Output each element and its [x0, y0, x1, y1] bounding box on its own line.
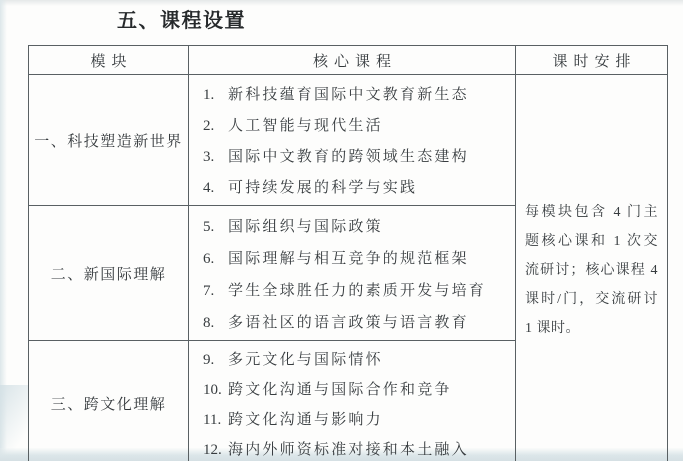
schedule-note-line: 1 课时。 — [525, 314, 658, 343]
course-title: 可持续发展的科学与实践 — [228, 176, 417, 197]
course-number: 4. — [203, 180, 228, 197]
section-title: 五、课程设置 — [117, 8, 246, 34]
course-number: 8. — [203, 315, 228, 332]
course-title: 学生全球胜任力的素质开发与培育 — [228, 279, 486, 300]
course-setup-table: 模块 核心课程 课时安排 一、科技塑造新世界 1. 新科技蕴育国际中文教育新生态… — [28, 45, 668, 461]
schedule-note-cell: 每模块包含 4 门主 题核心课和 1 次交 流研讨；核心课程 4 课时/门，交流… — [516, 75, 668, 461]
header-core-courses: 核心课程 — [189, 46, 516, 75]
course-item: 12. 海内外师资标准对接和本土融入 — [203, 438, 509, 459]
schedule-note-line: 每模块包含 4 门主 — [525, 198, 658, 227]
course-item: 3. 国际中文教育的跨领域生态建构 — [203, 145, 509, 166]
course-item: 4. 可持续发展的科学与实践 — [203, 176, 509, 197]
course-title: 国际理解与相互竞争的规范框架 — [228, 247, 469, 268]
course-title: 新科技蕴育国际中文教育新生态 — [228, 83, 469, 104]
course-title: 国际组织与国际政策 — [228, 215, 383, 236]
course-item: 11. 跨文化沟通与影响力 — [203, 408, 509, 429]
table-row-module-1: 一、科技塑造新世界 1. 新科技蕴育国际中文教育新生态 2. 人工智能与现代生活… — [29, 75, 668, 206]
course-number: 5. — [203, 219, 228, 236]
header-schedule: 课时安排 — [516, 46, 668, 75]
header-module: 模块 — [29, 46, 189, 75]
course-item: 9. 多元文化与国际情怀 — [203, 348, 509, 369]
course-number: 1. — [203, 87, 228, 104]
schedule-note-line: 题核心课和 1 次交 — [525, 227, 658, 256]
course-title: 跨文化沟通与影响力 — [228, 408, 383, 429]
module-2-courses: 5. 国际组织与国际政策 6. 国际理解与相互竞争的规范框架 7. 学生全球胜任… — [189, 206, 516, 341]
course-number: 6. — [203, 251, 228, 268]
course-list: 5. 国际组织与国际政策 6. 国际理解与相互竞争的规范框架 7. 学生全球胜任… — [203, 209, 509, 337]
table-header-row: 模块 核心课程 课时安排 — [29, 46, 668, 75]
course-title: 人工智能与现代生活 — [228, 114, 383, 135]
schedule-note-line: 课时/门，交流研讨 — [525, 285, 658, 314]
course-number: 7. — [203, 283, 228, 300]
course-number: 2. — [203, 118, 228, 135]
module-3-label: 三、跨文化理解 — [29, 341, 189, 461]
course-item: 10. 跨文化沟通与国际合作和竞争 — [203, 378, 509, 399]
course-number: 11. — [203, 412, 228, 429]
course-item: 6. 国际理解与相互竞争的规范框架 — [203, 247, 509, 268]
course-item: 1. 新科技蕴育国际中文教育新生态 — [203, 83, 509, 104]
course-number: 10. — [203, 382, 228, 399]
module-2-label: 二、新国际理解 — [29, 206, 189, 341]
module-1-courses: 1. 新科技蕴育国际中文教育新生态 2. 人工智能与现代生活 3. 国际中文教育… — [189, 75, 516, 206]
course-list: 9. 多元文化与国际情怀 10. 跨文化沟通与国际合作和竞争 11. 跨文化沟通… — [203, 344, 509, 461]
course-title: 国际中文教育的跨领域生态建构 — [228, 145, 469, 166]
course-title: 多语社区的语言政策与语言教育 — [228, 311, 469, 332]
course-number: 12. — [203, 442, 228, 459]
course-title: 海内外师资标准对接和本土融入 — [228, 438, 469, 459]
course-number: 9. — [203, 352, 228, 369]
module-1-label: 一、科技塑造新世界 — [29, 75, 189, 206]
course-list: 1. 新科技蕴育国际中文教育新生态 2. 人工智能与现代生活 3. 国际中文教育… — [203, 78, 509, 202]
course-item: 2. 人工智能与现代生活 — [203, 114, 509, 135]
course-item: 8. 多语社区的语言政策与语言教育 — [203, 311, 509, 332]
course-item: 5. 国际组织与国际政策 — [203, 215, 509, 236]
course-item: 7. 学生全球胜任力的素质开发与培育 — [203, 279, 509, 300]
scan-edge-top — [0, 0, 683, 6]
schedule-note-line: 流研讨；核心课程 4 — [525, 256, 658, 285]
course-title: 跨文化沟通与国际合作和竞争 — [228, 378, 452, 399]
module-3-courses: 9. 多元文化与国际情怀 10. 跨文化沟通与国际合作和竞争 11. 跨文化沟通… — [189, 341, 516, 461]
course-number: 3. — [203, 149, 228, 166]
course-title: 多元文化与国际情怀 — [228, 348, 383, 369]
